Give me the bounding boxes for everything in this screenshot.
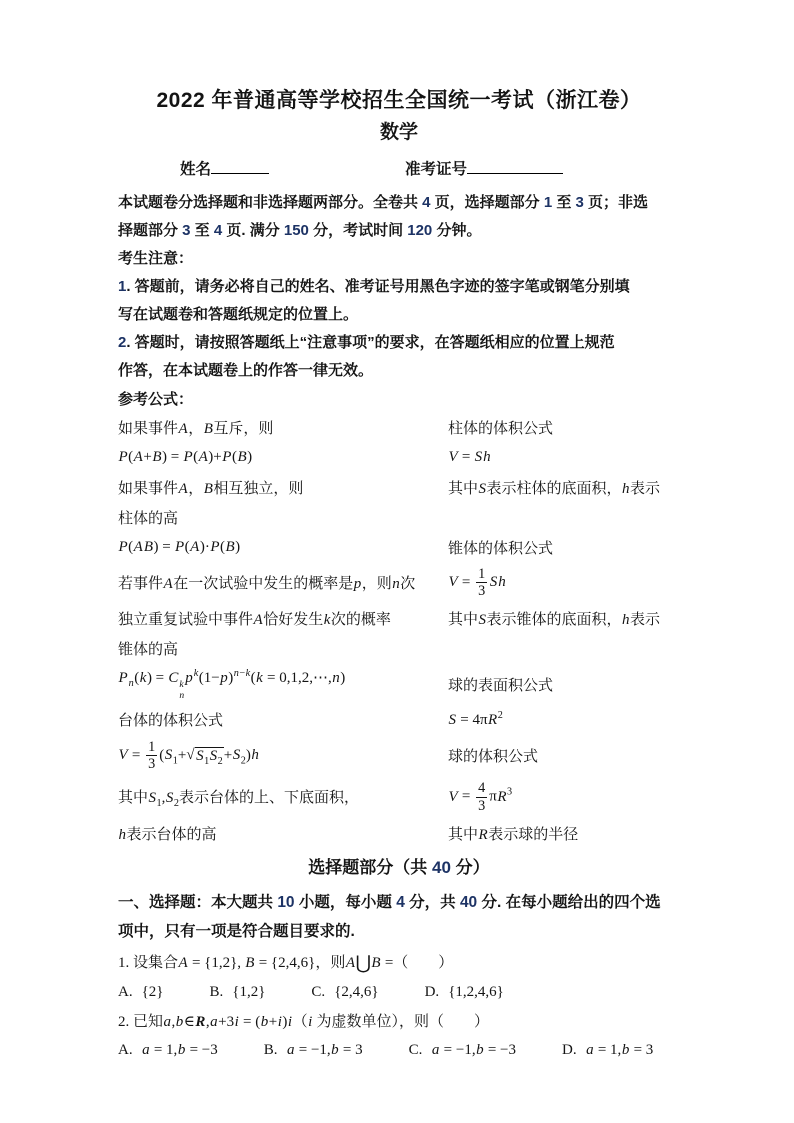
- option-item: A.a = 1,b = −3: [118, 1037, 218, 1063]
- formula-left: P(AB) = P(A)·P(B): [118, 539, 448, 556]
- formula-right: 其中S表示柱体的底面积，h表示: [448, 477, 680, 498]
- formula-left: 其中S1,S2表示台体的上、下底面积，: [118, 786, 448, 809]
- formula-row: h表示台体的高 其中R表示球的半径: [118, 822, 680, 844]
- formula-right: 其中S表示锥体的底面积，h表示: [448, 608, 680, 629]
- intro-line: 本试题卷分选择题和非选择题两部分。全卷共 4 页，选择题部分 1 至 3 页；非…: [118, 189, 680, 217]
- option-text: {2}: [142, 984, 164, 1000]
- formula-left: 如果事件A，B互斥，则: [118, 417, 448, 438]
- formula-row: 若事件A在一次试验中发生的概率是p，则n次 V = 13Sh: [118, 566, 680, 600]
- notice-line: 1. 答题前，请务必将自己的姓名、准考证号用黑色字迹的签字笔或钢笔分别填: [118, 273, 680, 301]
- option-item: D.a = 1,b = 3: [562, 1037, 653, 1063]
- candidate-info-row: 姓名准考证号: [180, 158, 680, 181]
- formula-left: 台体的体积公式: [118, 709, 448, 730]
- formula-row: V = 13(S1+√S1S2+S2)h 球的体积公式: [118, 739, 680, 773]
- option-text: {1,2}: [232, 984, 265, 1000]
- question-2-options: A.a = 1,b = −3 B.a = −1,b = 3 C.a = −1,b…: [118, 1037, 680, 1063]
- ticket-label: 准考证号: [405, 161, 467, 178]
- name-blank-underline: [211, 158, 269, 174]
- section-intro-line: 一、选择题：本大题共 10 小题，每小题 4 分，共 40 分. 在每小题给出的…: [118, 888, 680, 917]
- option-label: C.: [311, 984, 325, 1000]
- option-item: C.a = −1,b = −3: [409, 1037, 516, 1063]
- formula-left: V = 13(S1+√S1S2+S2)h: [118, 739, 448, 773]
- question-2-stem: 2. 已知a,b∈R,a+3i = (b+i)i（i 为虚数单位），则（ ）: [118, 1009, 680, 1035]
- option-label: C.: [409, 1042, 423, 1058]
- option-text: {1,2,4,6}: [448, 984, 504, 1000]
- formula-left: 若事件A在一次试验中发生的概率是p，则n次: [118, 572, 448, 593]
- option-item: D.{1,2,4,6}: [425, 979, 504, 1005]
- option-item: C.{2,4,6}: [311, 979, 378, 1005]
- formula-right: 其中R表示球的半径: [448, 823, 680, 844]
- option-label: B.: [264, 1042, 278, 1058]
- option-text: a = 1,b = 3: [586, 1042, 654, 1058]
- section-intro-line: 项中，只有一项是符合题目要求的.: [118, 917, 680, 946]
- formula-row: 锥体的高: [118, 638, 680, 660]
- formula-left: 柱体的高: [118, 507, 448, 528]
- formula-row: P(A+B) = P(A)+P(B) V = Sh: [118, 446, 680, 468]
- formula-right: 柱体的体积公式: [448, 417, 680, 438]
- question-1-stem: 1. 设集合A = {1,2}, B = {2,4,6}，则A⋃B =（ ）: [118, 950, 680, 977]
- formula-right: S = 4πR2: [448, 710, 680, 729]
- formula-left: 独立重复试验中事件A恰好发生k次的概率: [118, 608, 448, 629]
- ticket-blank-underline: [467, 158, 563, 174]
- option-item: B.a = −1,b = 3: [264, 1037, 363, 1063]
- formula-row: 其中S1,S2表示台体的上、下底面积， V = 43πR3: [118, 780, 680, 814]
- notice-line: 作答，在本试题卷上的作答一律无效。: [118, 357, 680, 385]
- subject-title: 数学: [118, 121, 680, 145]
- formula-row: 如果事件A，B相互独立，则 其中S表示柱体的底面积，h表示: [118, 476, 680, 498]
- option-text: {2,4,6}: [334, 984, 378, 1000]
- formula-row: P(AB) = P(A)·P(B) 锥体的体积公式: [118, 536, 680, 558]
- option-label: D.: [425, 984, 440, 1000]
- formula-left: h表示台体的高: [118, 823, 448, 844]
- intro-line: 择题部分 3 至 4 页. 满分 150 分，考试时间 120 分钟。: [118, 217, 680, 245]
- option-text: a = 1,b = −3: [142, 1042, 218, 1058]
- question-1-options: A.{2} B.{1,2} C.{2,4,6} D.{1,2,4,6}: [118, 979, 680, 1005]
- formula-row: 独立重复试验中事件A恰好发生k次的概率 其中S表示锥体的底面积，h表示: [118, 608, 680, 630]
- formulas-heading: 参考公式：: [118, 385, 680, 415]
- formula-row: Pn(k) = Cknpk(1−p)n−k(k = 0,1,2,⋯,n) 球的表…: [118, 668, 680, 701]
- option-item: A.{2}: [118, 979, 164, 1005]
- formula-row: 台体的体积公式 S = 4πR2: [118, 709, 680, 731]
- formula-right: V = Sh: [448, 449, 680, 466]
- option-label: A.: [118, 984, 133, 1000]
- option-label: B.: [210, 984, 224, 1000]
- part-header: 选择题部分（共 40 分）: [118, 856, 680, 880]
- formula-right: 球的体积公式: [448, 745, 680, 766]
- option-label: A.: [118, 1042, 133, 1058]
- notice-heading: 考生注意：: [118, 245, 680, 273]
- notice-line: 写在试题卷和答题纸规定的位置上。: [118, 301, 680, 329]
- formula-row: 柱体的高: [118, 506, 680, 528]
- formula-left: 如果事件A，B相互独立，则: [118, 477, 448, 498]
- option-text: a = −1,b = 3: [287, 1042, 363, 1058]
- formula-row: 如果事件A，B互斥，则 柱体的体积公式: [118, 416, 680, 438]
- page-title: 2022 年普通高等学校招生全国统一考试（浙江卷）: [118, 88, 680, 114]
- notice-line: 2. 答题时，请按照答题纸上“注意事项”的要求，在答题纸相应的位置上规范: [118, 329, 680, 357]
- formula-left: P(A+B) = P(A)+P(B): [118, 449, 448, 466]
- formula-right: 锥体的体积公式: [448, 537, 680, 558]
- name-label: 姓名: [180, 161, 211, 178]
- formula-right: V = 13Sh: [448, 566, 680, 600]
- exam-page: 2022 年普通高等学校招生全国统一考试（浙江卷） 数学 姓名准考证号 本试题卷…: [0, 0, 794, 1123]
- reference-formulas: 如果事件A，B互斥，则 柱体的体积公式 P(A+B) = P(A)+P(B) V…: [118, 416, 680, 844]
- formula-right: 球的表面积公式: [448, 674, 680, 695]
- formula-left: Pn(k) = Cknpk(1−p)n−k(k = 0,1,2,⋯,n): [118, 668, 448, 701]
- option-text: a = −1,b = −3: [431, 1042, 516, 1058]
- formula-right: V = 43πR3: [448, 780, 680, 814]
- option-item: B.{1,2}: [210, 979, 266, 1005]
- formula-left: 锥体的高: [118, 638, 448, 659]
- option-label: D.: [562, 1042, 577, 1058]
